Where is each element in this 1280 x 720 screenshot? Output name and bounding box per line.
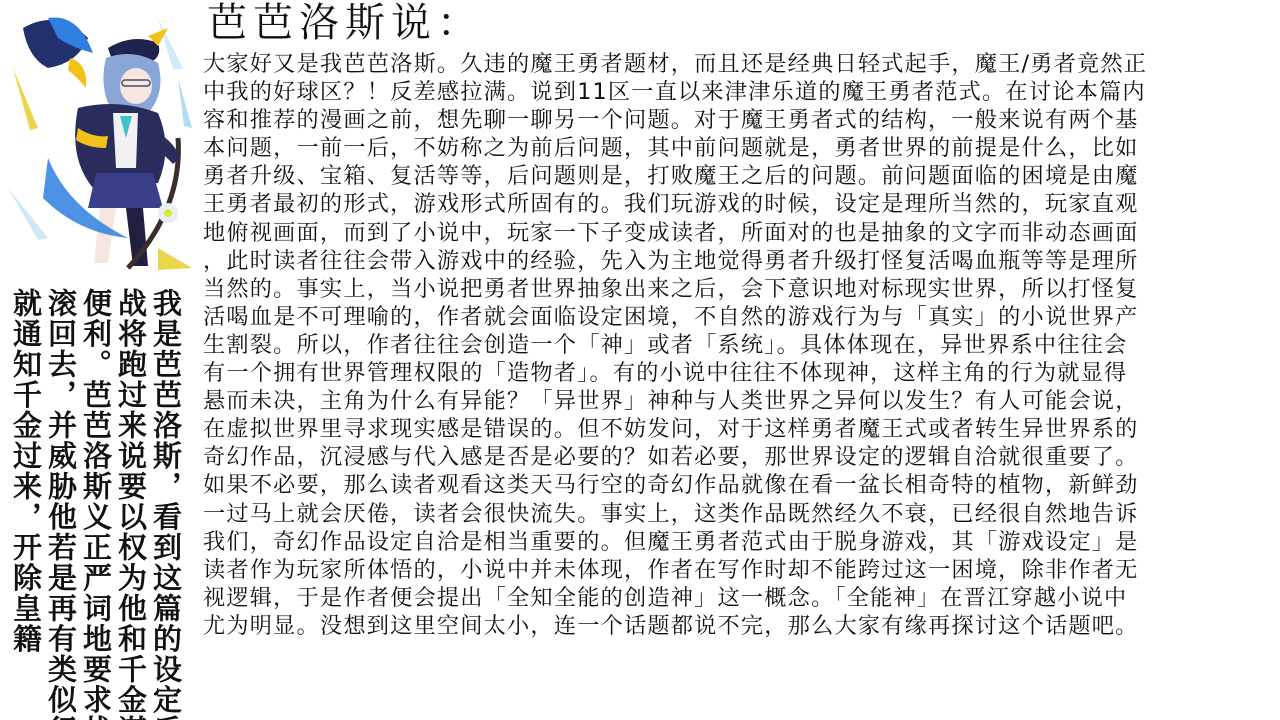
- vertical-note-column-3: 便利。芭芭洛斯义正严词地要求战将: [80, 288, 112, 716]
- body-line: 有一个拥有世界管理权限的「造物者」。有的小说中往往不体现神，这样主角的行为就显得: [203, 359, 1275, 387]
- body-line: 容和推荐的漫画之前，想先聊一聊另一个问题。对于魔王勇者式的结构，一般来说有两个基: [203, 106, 1275, 134]
- body-paragraph: 大家好又是我芭芭洛斯。久违的魔王勇者题材，而且还是经典日轻式起手，魔王/勇者竟然…: [203, 50, 1275, 640]
- body-line: 奇幻作品，沉浸感与代入感是否是必要的？如若必要，那世界设定的逻辑自洽就很重要了。: [203, 443, 1275, 471]
- page: 我是芭芭洛斯，看到这篇的设定后， 战将跑过来说要以权为他和千金谋得 便利。芭芭洛…: [0, 0, 1280, 720]
- body-line: 视逻辑，于是作者便会提出「全知全能的创造神」这一概念。「全能神」在晋江穿越小说中: [203, 584, 1275, 612]
- body-line: 勇者升级、宝箱、复活等等，后问题则是，打败魔王之后的问题。前问题面临的困境是由魔: [203, 162, 1275, 190]
- body-line: ，此时读者往往会带入游戏中的经验，先入为主地觉得勇者升级打怪复活喝血瓶等等是理所: [203, 247, 1275, 275]
- body-line: 一过马上就会厌倦，读者会很快流失。事实上，这类作品既然经久不衰，已经很自然地告诉: [203, 500, 1275, 528]
- body-line: 在虚拟世界里寻求现实感是错误的。但不妨发问，对于这样勇者魔王式或者转生异世界系的: [203, 415, 1275, 443]
- vertical-note-column-5: 就通知千金过来，开除皇籍: [10, 288, 42, 716]
- vertical-note-column-1: 我是芭芭洛斯，看到这篇的设定后，: [150, 288, 182, 716]
- body-line: 尤为明显。没想到这里空间太小，连一个话题都说不完，那么大家有缘再探讨这个话题吧。: [203, 612, 1275, 640]
- body-line: 本问题，一前一后，不妨称之为前后问题，其中前问题就是，勇者世界的前提是什么，比如: [203, 134, 1275, 162]
- body-line: 地俯视画面，而到了小说中，玩家一下子变成读者，所面对的也是抽象的文字而非动态画面: [203, 219, 1275, 247]
- character-illustration: [8, 8, 192, 276]
- body-line: 我们，奇幻作品设定自洽是相当重要的。但魔王勇者范式由于脱身游戏，其「游戏设定」是: [203, 528, 1275, 556]
- page-title: 芭芭洛斯说：: [207, 0, 483, 46]
- vertical-note-column-4: 滚回去，并威胁他若是再有类似行为: [45, 288, 77, 716]
- body-line: 中我的好球区？！反差感拉满。说到11区一直以来津津乐道的魔王勇者范式。在讨论本篇…: [203, 78, 1275, 106]
- body-line: 如果不必要，那么读者观看这类天马行空的奇幻作品就像在看一盆长相奇特的植物，新鲜劲: [203, 471, 1275, 499]
- character-art-icon: [8, 8, 192, 276]
- body-line: 王勇者最初的形式，游戏形式所固有的。我们玩游戏的时候，设定是理所当然的，玩家直观: [203, 190, 1275, 218]
- body-line: 读者作为玩家所体悟的，小说中并未体现，作者在写作时却不能跨过这一困境，除非作者无: [203, 556, 1275, 584]
- body-line: 生割裂。所以，作者往往会创造一个「神」或者「系统」。具体体现在，异世界系中往往会: [203, 331, 1275, 359]
- vertical-note: 我是芭芭洛斯，看到这篇的设定后， 战将跑过来说要以权为他和千金谋得 便利。芭芭洛…: [10, 288, 182, 716]
- body-line: 大家好又是我芭芭洛斯。久违的魔王勇者题材，而且还是经典日轻式起手，魔王/勇者竟然…: [203, 50, 1275, 78]
- body-line: 当然的。事实上，当小说把勇者世界抽象出来之后，会下意识地对标现实世界，所以打怪复: [203, 275, 1275, 303]
- body-line: 悬而未决，主角为什么有异能？「异世界」神种与人类世界之异何以发生？有人可能会说，: [203, 387, 1275, 415]
- body-line: 活喝血是不可理喻的，作者就会面临设定困境，不自然的游戏行为与「真实」的小说世界产: [203, 303, 1275, 331]
- vertical-note-column-2: 战将跑过来说要以权为他和千金谋得: [115, 288, 147, 716]
